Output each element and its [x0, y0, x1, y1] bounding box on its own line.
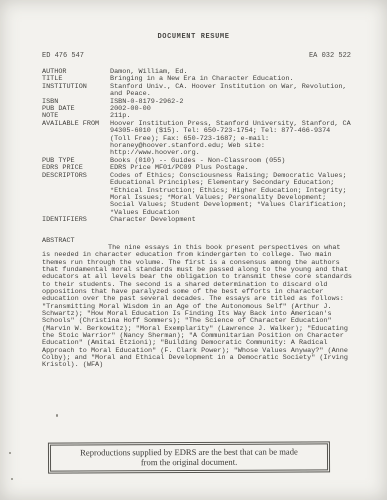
field-value: Codes of Ethics; Consciousness Raising; …	[110, 173, 352, 217]
field-label: AVAILABLE FROM	[42, 121, 110, 128]
field-row-institution: INSTITUTION Stanford Univ., CA. Hoover I…	[42, 84, 352, 99]
field-row-available-from: AVAILABLE FROM Hoover Institution Press,…	[42, 121, 352, 158]
scan-noise-speck	[56, 414, 58, 417]
abstract-text: The nine essays in this book present per…	[42, 245, 352, 370]
field-label: DESCRIPTORS	[42, 173, 110, 180]
document-id-row: ED 476 547 EA 032 522	[42, 52, 351, 60]
field-row-pub-date: PUB DATE 2002-00-00	[42, 106, 352, 113]
edrs-reproduction-notice-box: Reproductions supplied by EDRS are the b…	[48, 441, 330, 473]
ed-number: ED 476 547	[42, 52, 84, 60]
field-row-descriptors: DESCRIPTORS Codes of Ethics; Consciousne…	[42, 173, 352, 217]
field-row-isbn: ISBN ISBN-0-8179-2962-2	[42, 99, 352, 106]
field-label: IDENTIFIERS	[42, 217, 110, 224]
field-value: 2002-00-00	[110, 106, 352, 113]
edrs-notice-line1: Reproductions supplied by EDRS are the b…	[55, 446, 323, 457]
scan-noise-speck	[11, 478, 13, 480]
field-value: Hoover Institution Press, Stanford Unive…	[110, 121, 352, 158]
scan-noise-speck	[9, 452, 11, 454]
page-title: DOCUMENT RESUME	[0, 0, 387, 41]
field-value: Character Development	[110, 217, 352, 224]
field-value: Stanford Univ., CA. Hoover Institution o…	[110, 84, 352, 99]
field-row-identifiers: IDENTIFIERS Character Development	[42, 217, 352, 224]
edrs-reproduction-notice: Reproductions supplied by EDRS are the b…	[50, 443, 328, 471]
field-label: INSTITUTION	[42, 84, 110, 91]
edrs-notice-line2: from the original document.	[55, 456, 323, 467]
bibliographic-fields: AUTHOR Damon, William, Ed. TITLE Bringin…	[42, 69, 352, 225]
clearinghouse-number: EA 032 522	[309, 52, 351, 60]
document-resume-page: DOCUMENT RESUME ED 476 547 EA 032 522 AU…	[0, 0, 387, 500]
